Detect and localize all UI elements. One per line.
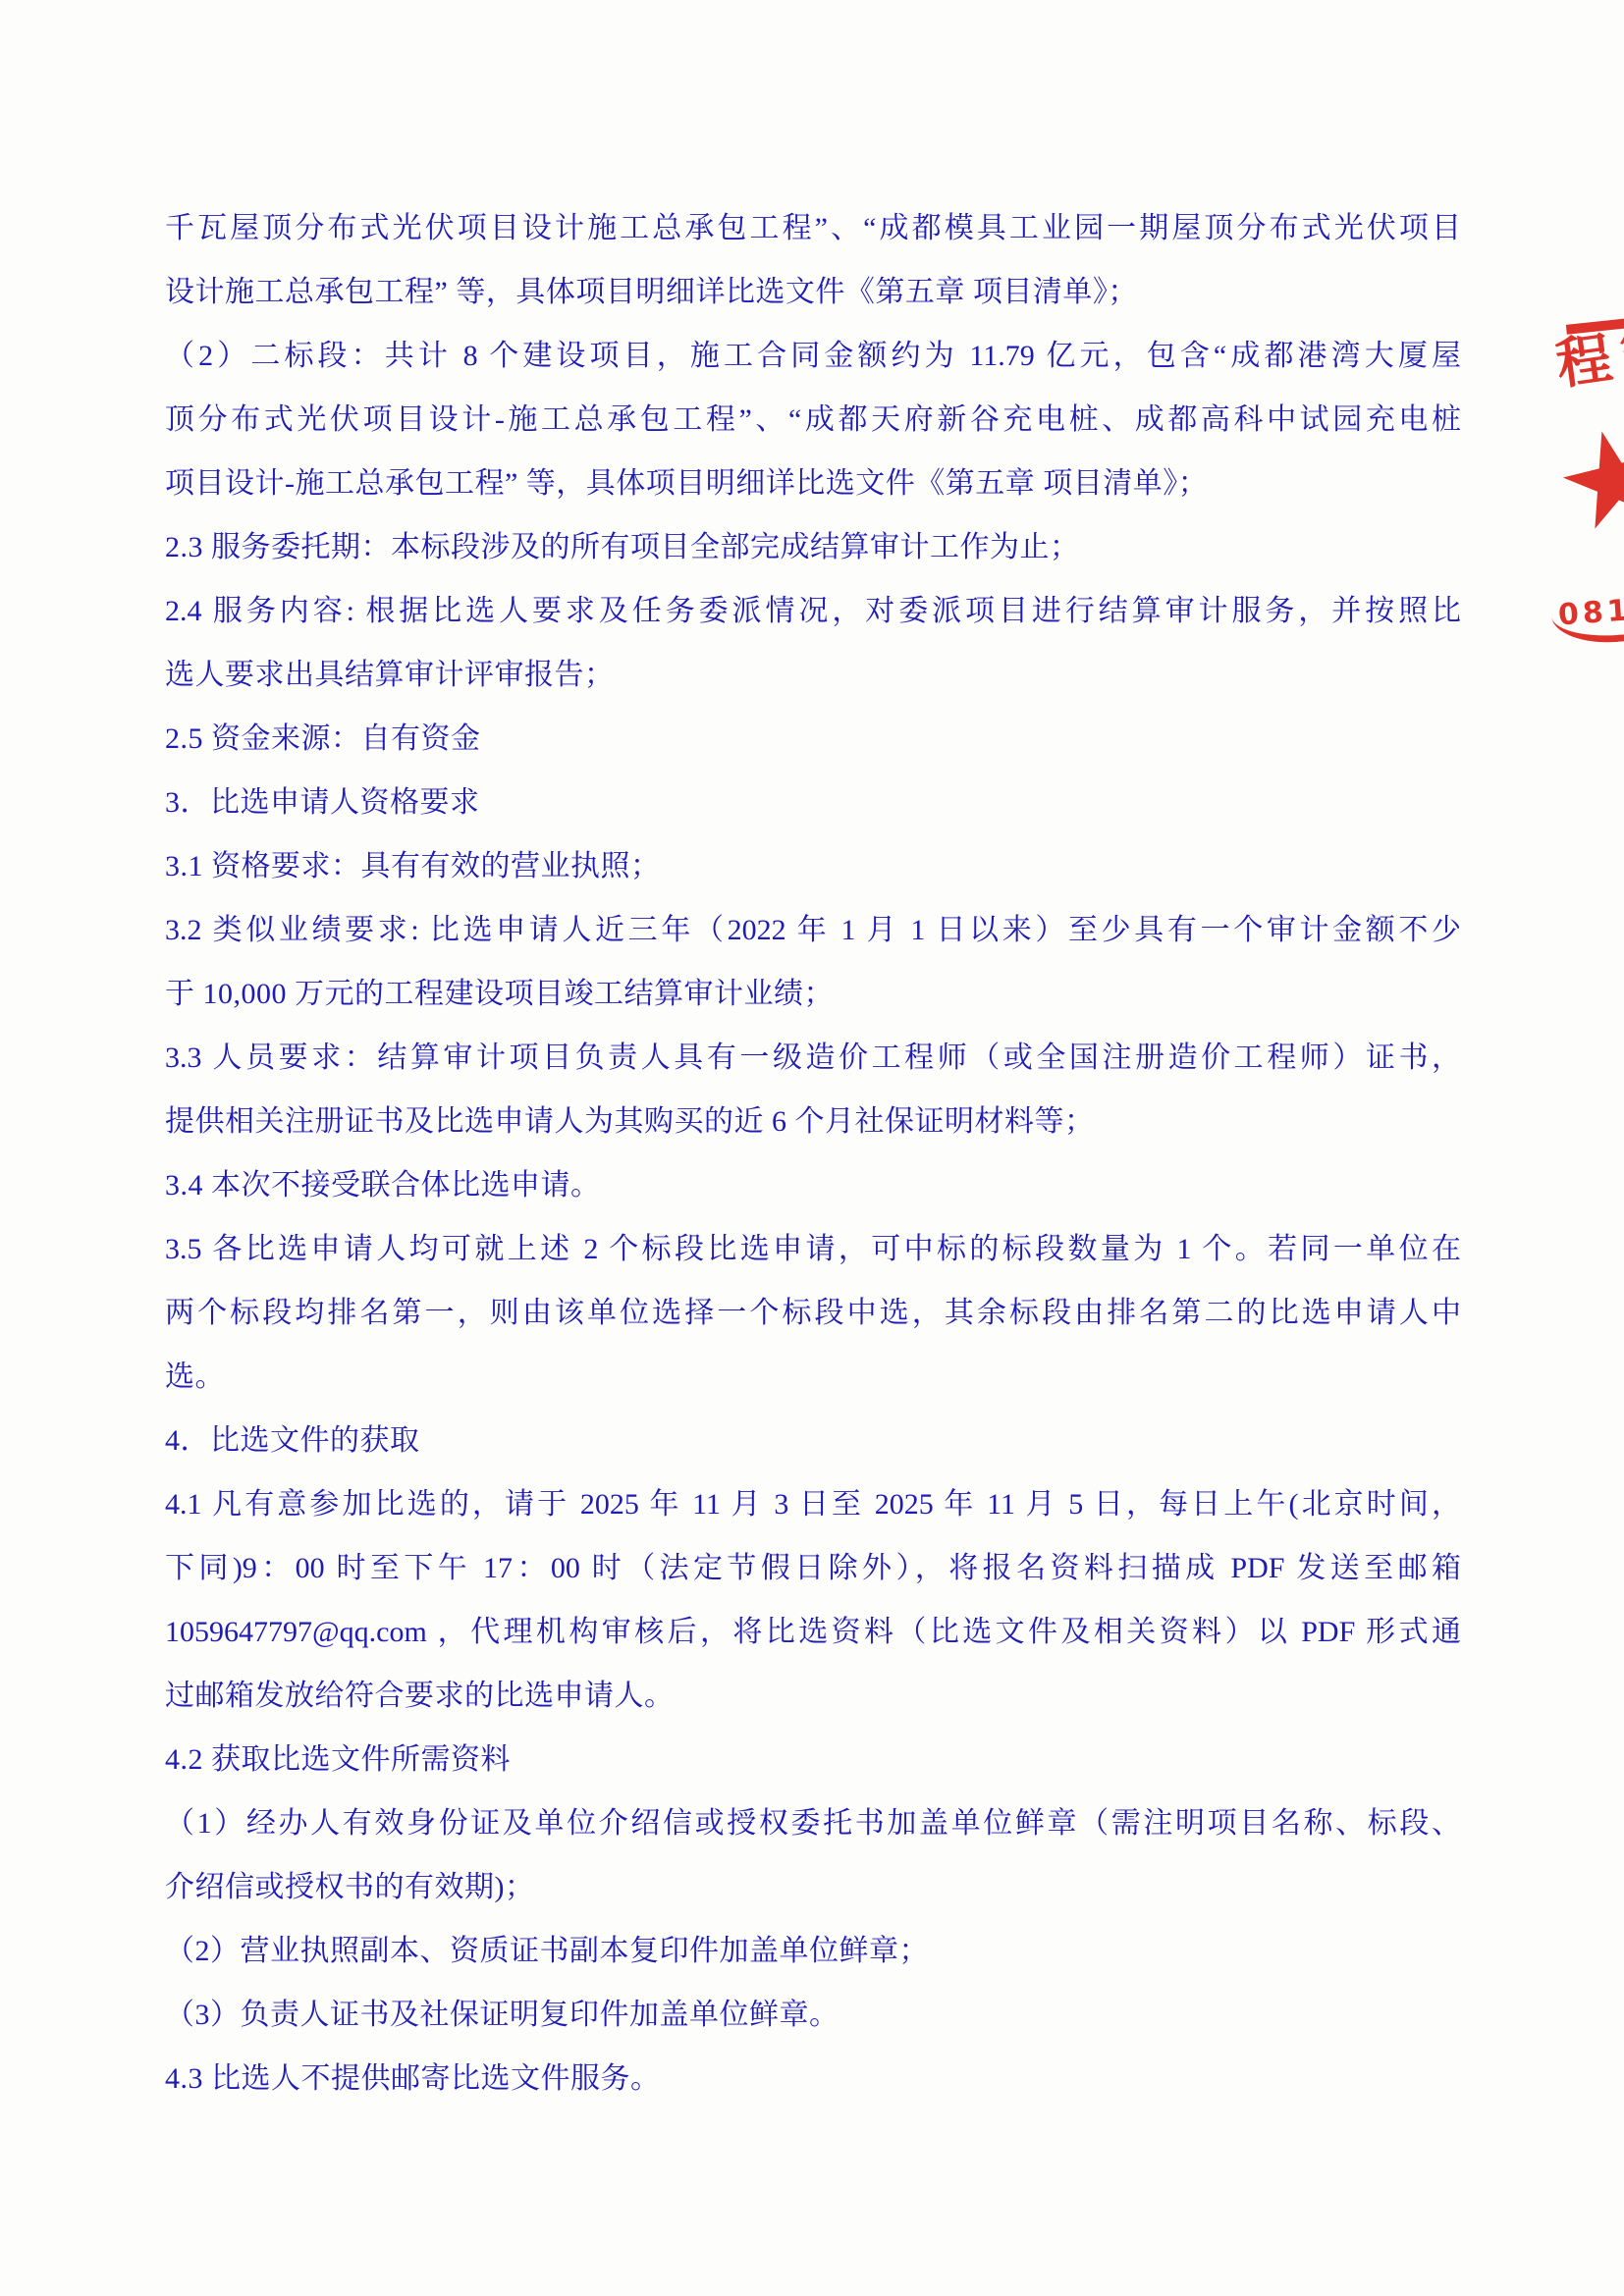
document-line: （3）负责人证书及社保证明复印件加盖单位鲜章。 [165,1983,1461,2047]
document-line: 3.2 类似业绩要求: 比选申请人近三年（2022 年 1 月 1 日以来）至少… [165,898,1461,962]
document-line: 4．比选文件的获取 [165,1409,1461,1472]
document-line: 2.4 服务内容: 根据比选人要求及任务委派情况，对委派项目进行结算审计服务，并… [165,579,1461,643]
document-line: 3.4 本次不接受联合体比选申请。 [165,1153,1461,1217]
document-line: 顶分布式光伏项目设计-施工总承包工程”、“成都天府新谷充电桩、成都高科中试园充电… [165,388,1461,452]
document-line: 于 10,000 万元的工程建设项目竣工结算审计业绩； [165,962,1461,1026]
document-line: 2.5 资金来源：自有资金 [165,707,1461,771]
document-line: （1）经办人有效身份证及单位介绍信或授权委托书加盖单位鲜章（需注明项目名称、标段… [165,1791,1461,1855]
document-line: 千瓦屋顶分布式光伏项目设计施工总承包工程”、“成都模具工业园一期屋顶分布式光伏项… [165,196,1461,260]
document-line: 设计施工总承包工程” 等，具体项目明细详比选文件《第五章 项目清单》； [165,260,1461,324]
document-line: 选。 [165,1345,1461,1409]
red-seal: 程管 ★ 0810 [1550,312,1624,666]
document-line: 提供相关注册证书及比选申请人为其购买的近 6 个月社保证明材料等； [165,1090,1461,1153]
document-line: 3.1 资格要求：具有有效的营业执照； [165,834,1461,898]
document-line: 1059647797@qq.com ，代理机构审核后，将比选资料（比选文件及相关… [165,1600,1461,1664]
document-line: 3．比选申请人资格要求 [165,771,1461,834]
document-line: 介绍信或授权书的有效期)； [165,1855,1461,1919]
document-line: （2）二标段：共计 8 个建设项目，施工合同金额约为 11.79 亿元，包含“成… [165,324,1461,388]
document-line: 4.3 比选人不提供邮寄比选文件服务。 [165,2047,1461,2110]
document-line: 3.5 各比选申请人均可就上述 2 个标段比选申请，可中标的标段数量为 1 个。… [165,1217,1461,1281]
document-line: （2）营业执照副本、资质证书副本复印件加盖单位鲜章； [165,1919,1461,1983]
document-line: 4.2 获取比选文件所需资料 [165,1728,1461,1791]
document-page: 千瓦屋顶分布式光伏项目设计施工总承包工程”、“成都模具工业园一期屋顶分布式光伏项… [0,0,1624,2296]
document-line: 2.3 服务委托期：本标段涉及的所有项目全部完成结算审计工作为止； [165,515,1461,579]
document-line: 下同)9：00 时至下午 17：00 时（法定节假日除外），将报名资料扫描成 P… [165,1536,1461,1600]
document-line: 过邮箱发放给符合要求的比选申请人。 [165,1664,1461,1728]
document-body: 千瓦屋顶分布式光伏项目设计施工总承包工程”、“成都模具工业园一期屋顶分布式光伏项… [165,196,1461,2110]
document-line: 选人要求出具结算审计评审报告； [165,643,1461,707]
document-line: 两个标段均排名第一，则由该单位选择一个标段中选，其余标段由排名第二的比选申请人中 [165,1281,1461,1345]
document-line: 4.1 凡有意参加比选的，请于 2025 年 11 月 3 日至 2025 年 … [165,1472,1461,1536]
document-line: 3.3 人员要求：结算审计项目负责人具有一级造价工程师（或全国注册造价工程师）证… [165,1026,1461,1090]
star-icon: ★ [1543,402,1624,554]
document-line: 项目设计-施工总承包工程” 等，具体项目明细详比选文件《第五章 项目清单》； [165,452,1461,515]
